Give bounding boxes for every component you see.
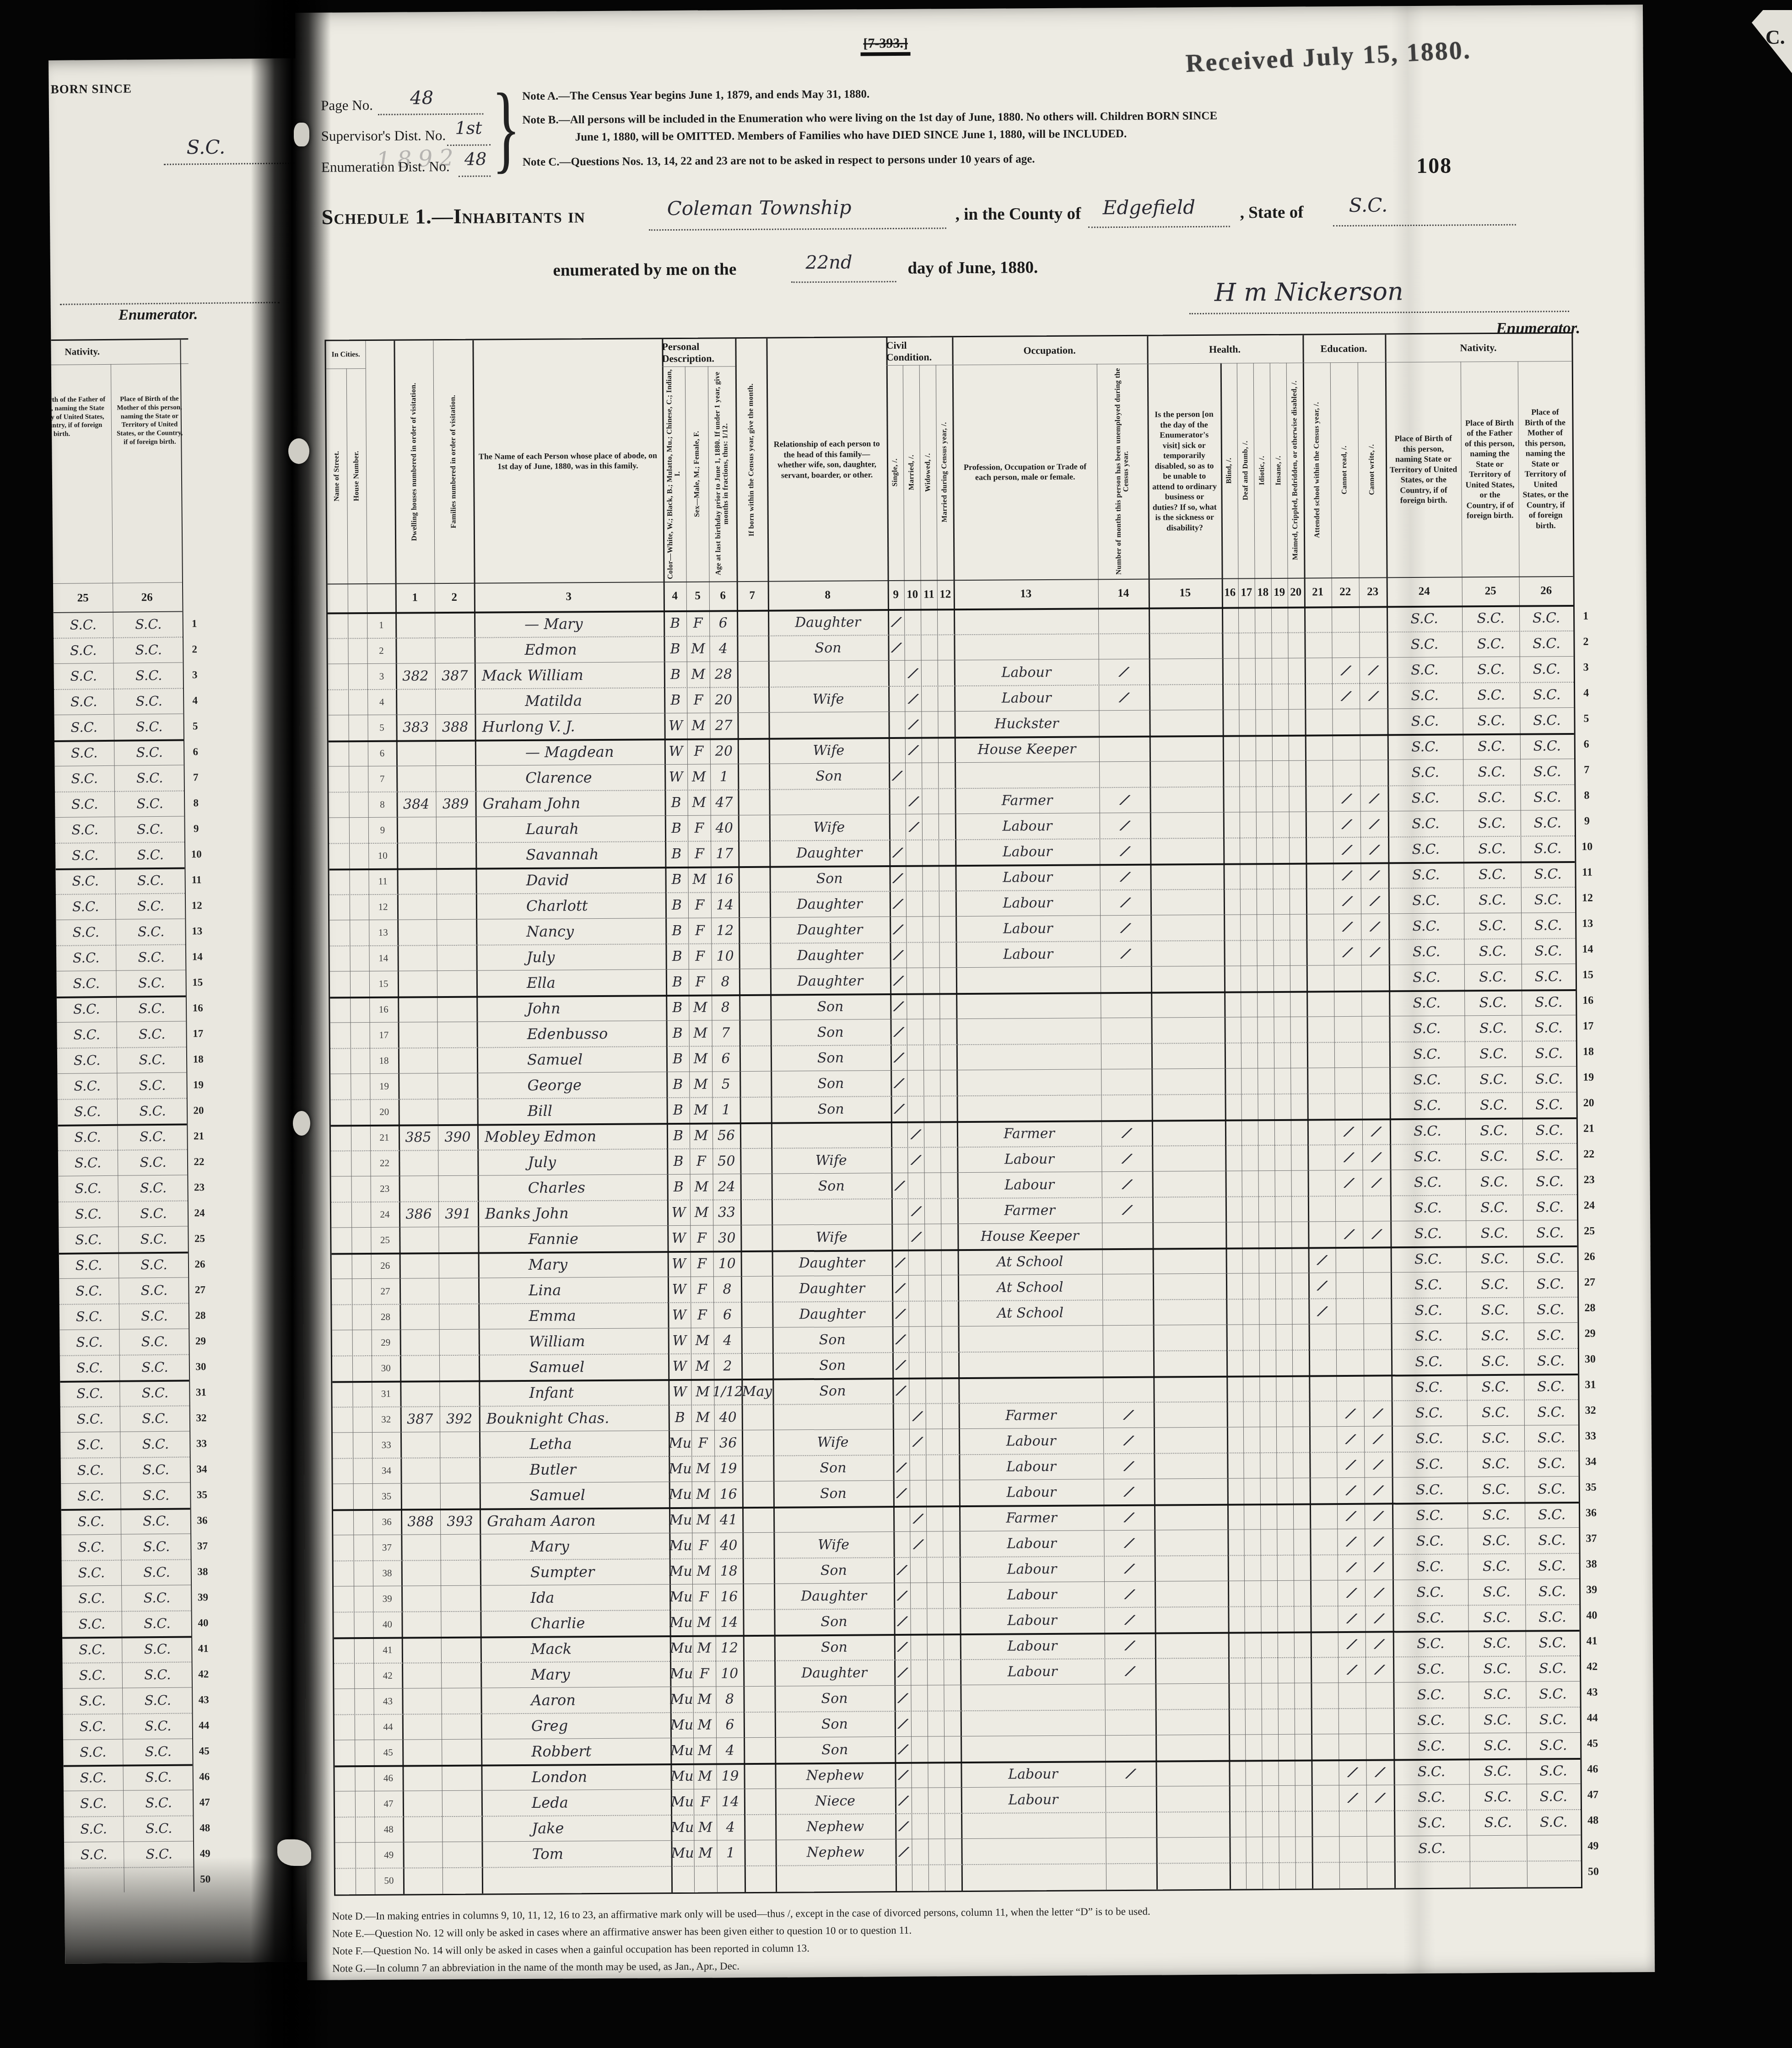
affirmative-mark: / (911, 1229, 922, 1245)
color: W (668, 1328, 691, 1353)
cannot-read-mark: / (1335, 1221, 1363, 1247)
pob-father: S.C. (1468, 1502, 1525, 1528)
affirmative-mark: / (1121, 1150, 1132, 1166)
pob-father: S.C. (1467, 1400, 1524, 1426)
column-number-2: 2 (435, 583, 474, 612)
age: 27 (710, 712, 737, 738)
right-line-number: 6 (1576, 732, 1597, 757)
right-line-number: 22 (1579, 1142, 1599, 1167)
left-pob-father: S.C. (58, 1124, 117, 1150)
column-header-b19: Insane, /. (1270, 363, 1288, 578)
right-line-number: 47 (1583, 1782, 1603, 1808)
age: 8 (712, 994, 739, 1020)
affirmative-mark: / (893, 972, 904, 988)
pob-father: S.C. (1463, 759, 1520, 785)
affirmative-mark: / (1123, 1432, 1134, 1448)
attended-school-mark: / (1308, 1272, 1336, 1298)
affirmative-mark: / (1368, 688, 1379, 704)
sex: M (686, 636, 709, 661)
column-number-5: 5 (686, 581, 709, 610)
age: 7 (712, 1020, 739, 1046)
column-header-b17: Deaf and Dumb, /. (1237, 363, 1255, 578)
left-line-number: 28 (191, 1303, 210, 1328)
age: 4 (716, 1737, 744, 1763)
single-mark: / (890, 916, 906, 942)
line-number: 11 (368, 868, 397, 894)
right-line-number: 25 (1579, 1218, 1599, 1244)
pob-self: S.C. (1388, 862, 1463, 888)
left-line-number: 18 (189, 1046, 207, 1072)
affirmative-mark: / (1123, 1458, 1134, 1474)
column-header-text: Cannot read, /. (1340, 446, 1348, 495)
left-line-number: 9 (187, 816, 205, 841)
column-number-10: 10 (904, 580, 921, 609)
unemployed-mark: / (1101, 1120, 1152, 1146)
column-header-rel: Relationship of each person to the head … (766, 338, 887, 581)
relationship: Daughter (772, 1250, 892, 1276)
sex: M (694, 1814, 717, 1840)
unemployed-mark: / (1104, 1607, 1155, 1633)
affirmative-mark: / (1373, 1559, 1384, 1575)
right-line-number: 23 (1579, 1167, 1599, 1193)
sex: M (687, 764, 710, 789)
left-pob-mother: S.C. (125, 1738, 191, 1764)
pob-self: S.C. (1390, 1195, 1466, 1221)
sex: F (692, 1584, 715, 1609)
right-line-number: 14 (1577, 937, 1598, 962)
unemployed-mark: / (1104, 1504, 1154, 1531)
color: W (668, 1353, 691, 1379)
pob-father: S.C. (1466, 1272, 1523, 1298)
pob-self: S.C. (1390, 1169, 1465, 1195)
column-number-9: 9 (888, 580, 904, 609)
color: B (667, 1123, 690, 1148)
pob-self: S.C. (1391, 1374, 1467, 1400)
left-pob-father: S.C. (61, 1534, 121, 1560)
column-header-text: Age at last birthday prior to June 1, 18… (714, 368, 730, 579)
affirmative-mark: / (891, 767, 902, 783)
cannot-read-mark: / (1337, 1503, 1365, 1529)
line-number: 38 (373, 1560, 401, 1586)
column-header-text: Profession, Occupation or Trade of each … (953, 461, 1097, 483)
relationship: Nephew (775, 1762, 895, 1789)
cannot-read-mark: / (1335, 1170, 1362, 1196)
left-pob-mother: S.C. (120, 1200, 187, 1226)
left-pob-father: S.C. (54, 663, 113, 689)
census-scan: BORN SINCE S.C. Enumerator. Nativity. Pl… (0, 0, 1792, 2048)
occupation: House Keeper (955, 736, 1099, 762)
line-number: 34 (372, 1458, 400, 1483)
born-since-fragment: BORN SINCE (50, 81, 132, 97)
line-number: 23 (371, 1176, 399, 1202)
affirmative-mark: / (907, 665, 918, 681)
left-pob-mother: S.C. (124, 1610, 190, 1636)
single-mark: / (888, 609, 904, 635)
family-number: 387 (435, 663, 475, 689)
occupation: Labour (955, 813, 1100, 839)
left-line-number: 31 (192, 1380, 210, 1405)
color: W (664, 738, 687, 764)
family-number: 390 (438, 1124, 477, 1150)
married-mark: / (910, 1506, 926, 1531)
affirmative-mark: / (1369, 816, 1380, 832)
left-line-number: 13 (188, 918, 206, 944)
line-number: 47 (374, 1791, 403, 1816)
age: 10 (713, 1250, 741, 1276)
pob-self: S.C. (1387, 657, 1463, 683)
left-line-number: 24 (190, 1200, 209, 1226)
single-mark: / (894, 1660, 911, 1685)
left-line-number: 23 (190, 1175, 208, 1200)
pob-self: S.C. (1390, 1143, 1465, 1170)
occupation: Labour (954, 659, 1099, 685)
unemployed-mark: / (1104, 1530, 1154, 1556)
unemployed-mark: / (1099, 787, 1150, 813)
pob-mother: S.C. (1526, 1732, 1580, 1758)
column-header-sx: Sex—Male, M.; Female, F. (685, 366, 709, 582)
column-header-p1: Place of Birth of this person, naming St… (1385, 361, 1462, 577)
pob-mother: S.C. (1524, 1425, 1578, 1451)
relationship: Wife (768, 686, 888, 712)
column-number-11: 11 (921, 580, 937, 609)
column-number-13: 13 (954, 579, 1098, 609)
person-name: Mack William (475, 662, 671, 689)
affirmative-mark: / (898, 1767, 909, 1783)
right-line-number: 40 (1581, 1603, 1602, 1628)
binding-post (288, 438, 309, 464)
left-pob-mother: S.C. (122, 1354, 188, 1380)
pob-father: S.C. (1464, 1015, 1522, 1041)
left-pob-father: S.C. (59, 1252, 119, 1278)
left-pob-father: S.C. (60, 1432, 120, 1458)
age: 8 (713, 1276, 741, 1302)
person-name: Bouknight Chas. (479, 1405, 676, 1432)
affirmative-mark: / (1374, 1636, 1385, 1652)
age: 33 (713, 1199, 740, 1225)
pob-mother: S.C. (1525, 1553, 1579, 1579)
occupation: Labour (960, 1633, 1105, 1659)
right-line-number: 7 (1576, 757, 1597, 783)
pob-mother: S.C. (1521, 938, 1575, 964)
left-pob-father: S.C. (56, 970, 116, 997)
unemployed-mark: / (1100, 838, 1150, 864)
affirmative-mark: / (1343, 1149, 1354, 1165)
column-number-12: 12 (937, 580, 954, 609)
left-pob-mother: S.C. (121, 1303, 188, 1329)
pob-father: S.C. (1462, 605, 1519, 631)
color: B (665, 841, 688, 867)
unemployed-mark: / (1100, 941, 1150, 967)
affirmative-mark: / (1346, 1636, 1357, 1652)
sex: F (691, 1302, 713, 1327)
left-pob-father: S.C. (57, 1047, 117, 1073)
pob-father: S.C. (1466, 1195, 1523, 1221)
left-pob-mother: S.C. (119, 1072, 185, 1098)
pob-self: S.C. (1388, 938, 1464, 965)
line-number: 27 (371, 1278, 399, 1304)
line-number: 37 (372, 1535, 401, 1560)
pob-father: S.C. (1464, 913, 1521, 939)
column-header-text: Is the person [on the day of the Enumera… (1147, 409, 1221, 533)
affirmative-mark: / (1121, 1125, 1132, 1141)
cannot-write-mark: / (1365, 1477, 1392, 1503)
affirmative-mark: / (1119, 817, 1130, 833)
footnote-f: Note F.—Question No. 14 will only be ask… (332, 1938, 1568, 1957)
pob-father: S.C. (1467, 1348, 1524, 1374)
age: 14 (717, 1789, 744, 1814)
pob-father: S.C. (1468, 1579, 1525, 1605)
cannot-read-mark: / (1337, 1452, 1364, 1477)
cannot-read-mark: / (1333, 939, 1361, 965)
affirmative-mark: / (898, 1818, 909, 1834)
color: Mu (669, 1456, 691, 1482)
pob-self: S.C. (1393, 1682, 1468, 1708)
pob-self: S.C. (1392, 1502, 1468, 1528)
right-line-number: 15 (1578, 962, 1598, 988)
relationship: Daughter (772, 1275, 892, 1302)
affirmative-mark: / (892, 870, 903, 886)
affirmative-mark: / (1340, 662, 1351, 678)
left-pob-mother: S.C. (123, 1508, 189, 1534)
column-header-mc: Married during Census year, /. (936, 365, 954, 580)
left-pob-father: S.C. (54, 612, 113, 638)
affirmative-mark: / (1369, 841, 1380, 857)
cannot-write-mark: / (1365, 1579, 1393, 1605)
affirmative-mark: / (1345, 1431, 1356, 1447)
line-number: 35 (372, 1483, 401, 1509)
cannot-read-mark: / (1333, 888, 1361, 914)
cannot-read-mark: / (1333, 862, 1360, 888)
affirmative-mark: / (1342, 944, 1353, 960)
occupation: Farmer (959, 1504, 1104, 1531)
state-value: S.C. (1349, 194, 1387, 216)
cannot-write-mark: / (1364, 1451, 1392, 1477)
cannot-write-mark: / (1361, 888, 1388, 913)
affirmative-mark: / (893, 1075, 904, 1091)
right-line-number: 36 (1581, 1500, 1601, 1526)
family-number: 389 (436, 791, 475, 817)
sex: M (687, 661, 710, 687)
column-header-text: Maimed, Crippled, Bedridden, or otherwis… (1291, 380, 1300, 560)
line-number: 19 (370, 1073, 398, 1099)
right-line-number: 2 (1576, 629, 1596, 655)
column-number-15: 15 (1149, 578, 1222, 608)
unemployed-mark: / (1104, 1556, 1155, 1582)
pob-father: S.C. (1468, 1553, 1525, 1579)
color: Mu (669, 1533, 692, 1558)
cannot-read-mark: / (1335, 1144, 1362, 1170)
sex: M (690, 1199, 713, 1225)
cannot-read-mark: / (1337, 1401, 1364, 1426)
pob-mother: S.C. (1520, 656, 1574, 682)
single-mark: / (890, 968, 907, 993)
single-mark: / (894, 1634, 911, 1660)
pob-father: S.C. (1464, 990, 1522, 1016)
column-header-text: The Name of each Person whose place of a… (473, 450, 663, 472)
relationship: Nephew (775, 1813, 895, 1840)
cannot-write-mark: / (1365, 1528, 1392, 1554)
single-mark: / (889, 865, 906, 891)
color: Mu (669, 1482, 692, 1507)
pob-father: S.C. (1465, 1169, 1522, 1195)
relationship: Son (774, 1557, 894, 1584)
column-number-14: 14 (1098, 579, 1149, 608)
left-pob-father: S.C. (60, 1380, 119, 1407)
pob-self: S.C. (1388, 913, 1464, 939)
pob-self: S.C. (1391, 1246, 1466, 1272)
left-line-number: 32 (192, 1405, 211, 1431)
married-mark: / (905, 788, 922, 814)
affirmative-mark: / (1120, 894, 1131, 910)
relationship: Son (774, 1608, 894, 1635)
left-line-number: 6 (186, 739, 205, 765)
affirmative-mark: / (908, 716, 919, 732)
pob-father: S.C. (1467, 1374, 1524, 1400)
cannot-write-mark: / (1365, 1554, 1393, 1579)
left-pob-mother: S.C. (121, 1277, 187, 1303)
sex: M (688, 866, 711, 892)
unemployed-mark: / (1100, 889, 1150, 916)
column-number-4: 4 (664, 582, 686, 610)
right-line-number: 29 (1580, 1321, 1600, 1347)
sex: M (691, 1404, 714, 1430)
pob-self: S.C. (1387, 682, 1463, 708)
cannot-write-mark: / (1360, 785, 1387, 811)
pob-father: S.C. (1469, 1810, 1527, 1836)
relationship: Son (772, 1352, 892, 1379)
curly-brace: } (491, 71, 520, 184)
left-pob-father: S.C. (56, 894, 115, 920)
left-pob-mother: S.C. (117, 816, 183, 842)
right-line-number: 31 (1580, 1372, 1600, 1398)
right-line-number: 43 (1582, 1680, 1602, 1705)
right-line-number: 3 (1576, 655, 1596, 680)
occupation: Labour (955, 838, 1100, 865)
left-pob-mother: S.C. (116, 688, 182, 714)
census-page: [7-393.] Received July 15, 1880. 1892 10… (295, 5, 1655, 1980)
married-mark: / (909, 1403, 926, 1429)
right-line-number: 26 (1579, 1244, 1599, 1270)
county-value: Edgefield (1102, 196, 1195, 219)
right-line-number: 20 (1578, 1090, 1598, 1116)
signature-line-left (60, 302, 280, 305)
left-pob-father: S.C. (55, 817, 114, 843)
line-number: 28 (371, 1304, 399, 1330)
color: B (664, 636, 686, 662)
pob-mother: S.C. (1525, 1604, 1579, 1630)
right-line-number: 30 (1580, 1347, 1600, 1372)
right-line-number: 33 (1581, 1423, 1601, 1449)
pob-mother: S.C. (1526, 1655, 1580, 1682)
affirmative-mark: / (898, 1843, 909, 1859)
left-pob-father: S.C. (55, 868, 115, 894)
left-pob-father: S.C. (64, 1765, 123, 1791)
occupation: Farmer (957, 1197, 1102, 1223)
age: 6 (712, 1046, 739, 1071)
left-pob-father: S.C. (59, 1329, 119, 1355)
occupation: Labour (959, 1530, 1104, 1557)
pob-mother: S.C. (1523, 1194, 1577, 1220)
column-header-text: Families numbered in order of visitation… (449, 395, 458, 528)
left-pob-father: S.C. (55, 791, 114, 817)
left-line-number: 33 (192, 1431, 211, 1456)
married-mark: / (908, 1198, 924, 1224)
affirmative-mark: / (894, 1177, 905, 1193)
left-line-number: 45 (195, 1738, 213, 1764)
single-mark: / (893, 1480, 910, 1506)
left-line-number: 14 (188, 944, 206, 970)
left-pob-mother: S.C. (125, 1789, 192, 1816)
line-number: 43 (373, 1688, 402, 1714)
color: B (667, 1148, 690, 1174)
single-mark: / (893, 1455, 909, 1480)
affirmative-mark: / (896, 1587, 907, 1603)
relationship: Wife (771, 1147, 891, 1174)
age: 16 (711, 866, 738, 892)
column-header-text: Widowed, /. (924, 453, 932, 491)
pob-self: S.C. (1393, 1630, 1468, 1656)
relationship: Son (772, 1326, 892, 1353)
cannot-write-mark: / (1363, 1221, 1390, 1246)
pob-self: S.C. (1392, 1477, 1468, 1503)
affirmative-mark: / (896, 1485, 907, 1501)
affirmative-mark: / (897, 1690, 908, 1706)
sex: M (691, 1327, 714, 1353)
left-pob-mother: S.C. (122, 1431, 189, 1457)
left-pob-mother: S.C. (119, 995, 185, 1021)
color: W (667, 1225, 690, 1251)
left-pob-father: S.C. (58, 1175, 118, 1202)
occupation: Labour (955, 941, 1100, 967)
person-name: Graham Aaron (480, 1507, 676, 1534)
column-header-text: Attended school within the Census year, … (1313, 402, 1322, 538)
sex: F (686, 610, 709, 636)
pob-mother: S.C. (1521, 861, 1575, 887)
relationship: Daughter (768, 609, 888, 636)
color: Mu (669, 1507, 692, 1533)
occupation: House Keeper (957, 1223, 1102, 1249)
affirmative-mark: / (1373, 1482, 1384, 1498)
sex: M (694, 1840, 717, 1865)
pob-self: S.C. (1389, 1067, 1465, 1093)
column-header-text: House Number. (352, 451, 360, 501)
color: Mu (670, 1712, 693, 1738)
single-mark: / (888, 635, 904, 660)
affirmative-mark: / (907, 690, 918, 706)
column-number-25: 25 (1462, 577, 1519, 606)
affirmative-mark: / (1344, 1175, 1355, 1191)
color: Mu (669, 1558, 692, 1584)
relationship: Nephew (775, 1839, 895, 1865)
column-number-1: 1 (395, 583, 435, 612)
left-pob-father: S.C. (62, 1560, 121, 1586)
pob-father: S.C. (1464, 887, 1521, 913)
affirmative-mark: / (895, 1382, 906, 1398)
township-value: Coleman Township (667, 196, 851, 220)
sex: M (689, 1097, 712, 1122)
left-pob-mother: S.C. (122, 1405, 189, 1431)
color: B (664, 687, 687, 713)
affirmative-mark: / (1342, 867, 1353, 883)
note-c: Note C.—Questions Nos. 13, 14, 22 and 23… (523, 153, 1035, 169)
single-mark: / (890, 891, 906, 916)
age: 20 (710, 738, 738, 764)
single-mark: / (892, 1326, 909, 1352)
pob-self: S.C. (1393, 1579, 1468, 1605)
single-mark: / (894, 1685, 911, 1711)
left-line-number: 44 (195, 1713, 213, 1738)
county-label: , in the County of (955, 204, 1081, 225)
